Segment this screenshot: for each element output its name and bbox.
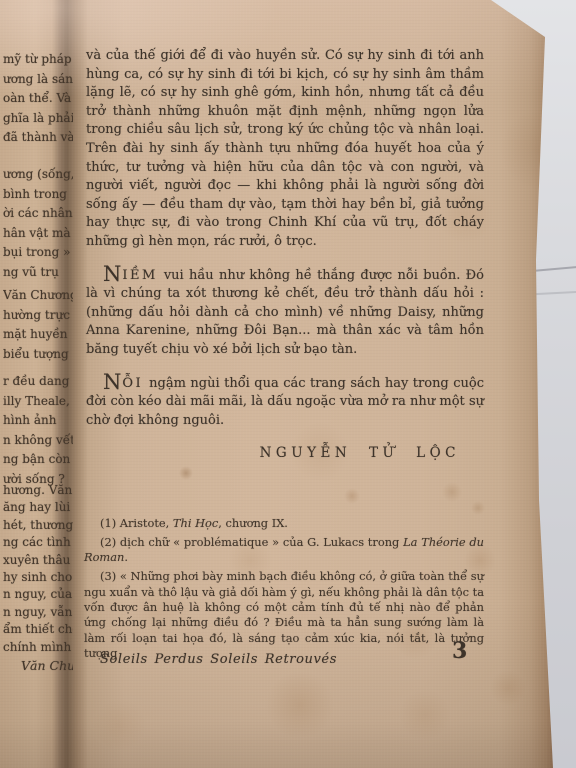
page-number: 3 — [452, 638, 467, 664]
main-page-text: và của thế giới để đi vào huyền sử. Có s… — [86, 47, 484, 463]
footnote-text: . — [124, 550, 128, 564]
paragraph: NỖIngậm ngùi thổi qua các trang sách hay… — [86, 372, 484, 431]
author-signature: NGUYỄN TỬ LỘC — [86, 444, 484, 463]
left-fragment-block: r đều dang illy Theale, hình ảnh n không… — [3, 372, 73, 489]
left-page-running-title: Văn Chương — [21, 656, 73, 676]
book-page: mỹ từ pháp ương là sáng oàn thể. Và ghĩa… — [0, 0, 554, 768]
lead-caps: ỖI — [122, 376, 143, 391]
left-page-fragment: mỹ từ pháp ương là sáng oàn thể. Và ghĩa… — [3, 0, 73, 768]
paragraph-text: và của thế giới để đi vào huyền sử. Có s… — [86, 48, 484, 249]
left-fragment-block: Văn Chương hường trực mặt huyền biểu tượ… — [3, 286, 73, 364]
left-fragment-block: ương (sống, bình trong ời các nhân hân v… — [3, 165, 73, 282]
page-footer: Soleils Perdus Soleils Retrouvés 3 — [100, 648, 472, 667]
paragraph-text: ngậm ngùi thổi qua các trang sách hay tr… — [86, 376, 484, 428]
footnote-text: (1) Aristote, — [100, 516, 173, 530]
footnote-text: (3) « Những phơi bày minh bạch điều khôn… — [84, 569, 484, 660]
footnote-italic-title: Thi Học — [173, 516, 218, 530]
paragraph: và của thế giới để đi vào huyền sử. Có s… — [86, 47, 484, 252]
drop-cap: N — [103, 370, 122, 394]
drop-cap: N — [103, 262, 122, 286]
footnote-text: , chương IX. — [218, 516, 288, 530]
footnote-2: (2) dịch chữ « problématique » của G. Lu… — [84, 535, 484, 566]
book-photo: mỹ từ pháp ương là sáng oàn thể. Và ghĩa… — [0, 0, 576, 768]
footnote-1: (1) Aristote, Thi Học, chương IX. — [84, 516, 484, 531]
left-fragment-block: hương. Văn ăng hay lùi hét, thương, ng c… — [3, 482, 73, 656]
paragraph: NIỀMvui hầu như không hề thắng được nỗi … — [86, 264, 484, 360]
footnote-text: (2) dịch chữ « problématique » của G. Lu… — [100, 535, 403, 549]
running-title: Soleils Perdus Soleils Retrouvés — [100, 652, 337, 667]
left-fragment-block: mỹ từ pháp ương là sáng oàn thể. Và ghĩa… — [3, 50, 73, 148]
footnotes: (1) Aristote, Thi Học, chương IX. (2) dị… — [84, 516, 484, 665]
lead-caps: IỀM — [122, 268, 157, 283]
